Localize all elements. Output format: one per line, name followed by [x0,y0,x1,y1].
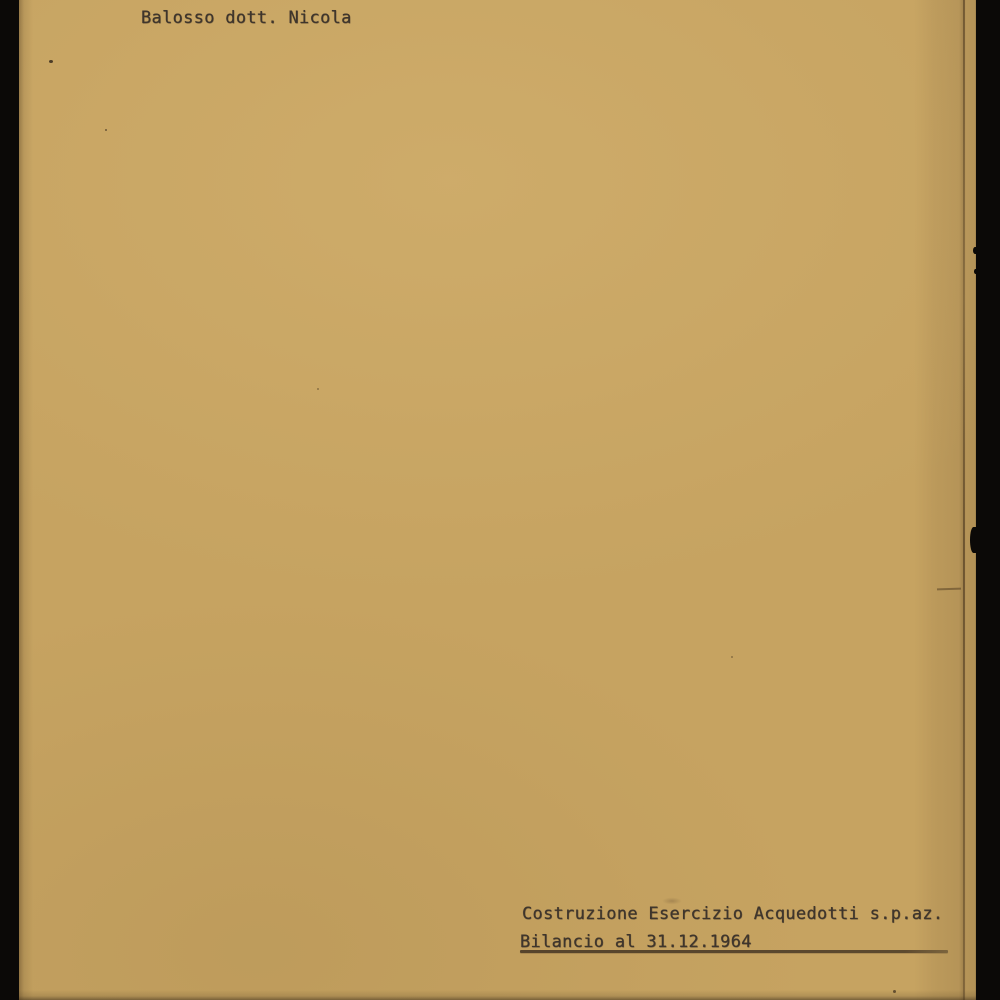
holder-name-text: Balosso dott. Nicola [141,8,352,28]
folder-cover-paper: Balosso dott. Nicola Costruzione Eserciz… [19,0,976,1000]
company-name-text: Costruzione Esercizio Acquedotti s.p.az. [522,904,943,924]
paper-speck [893,990,896,993]
crease-tick-mark [937,588,961,591]
balance-underline-rule [520,950,948,953]
fold-crease [963,0,965,1000]
paper-edge-flaw [970,527,977,553]
paper-speck [317,388,319,390]
paper-speck [105,129,107,131]
paper-speck [731,656,733,658]
balance-date-text: Bilancio al 31.12.1964 [520,932,752,952]
scanner-background: { "scan": { "background_color": "#0b0907… [0,0,1000,1000]
paper-edge-notch [973,247,977,254]
paper-speck [49,60,53,63]
paper-edge-notch [974,269,977,274]
